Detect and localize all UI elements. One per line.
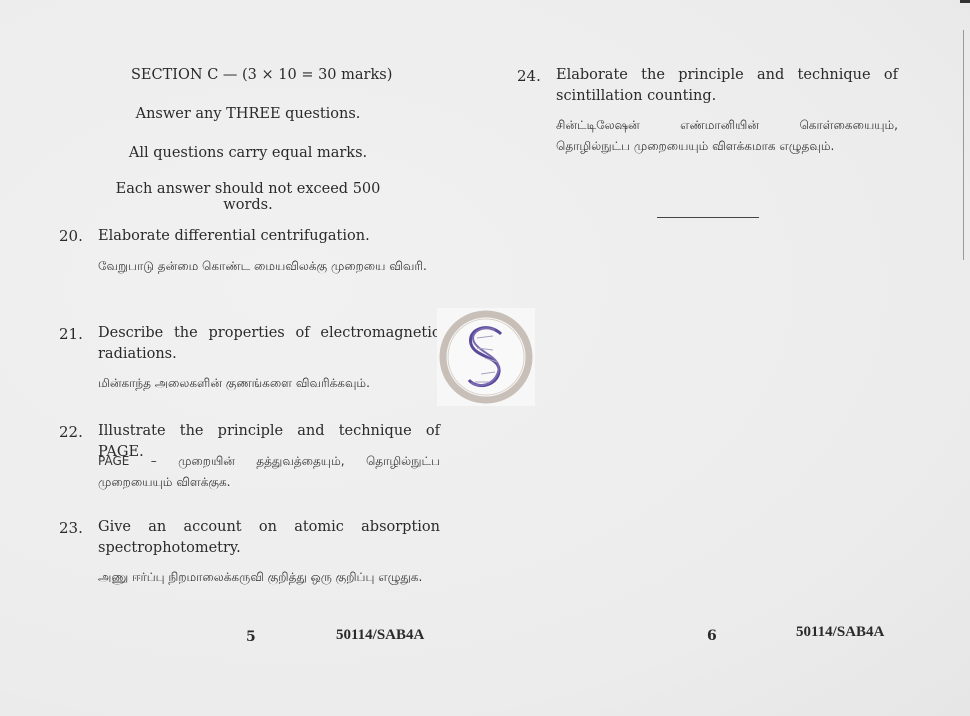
- question-text-english: Elaborate differential centrifugation.: [98, 226, 440, 247]
- instruction-line: Each answer should not exceed 500 words.: [98, 181, 398, 213]
- paper-code: 50114/SAB4A: [796, 624, 884, 641]
- instruction-line: All questions carry equal marks.: [98, 145, 398, 161]
- section-heading: SECTION C — (3 × 10 = 30 marks): [131, 67, 392, 83]
- instruction-line: Answer any THREE questions.: [98, 106, 398, 122]
- question-number: 20.: [59, 227, 83, 245]
- question-number: 24.: [517, 67, 541, 85]
- exam-paper-scan: SECTION C — (3 × 10 = 30 marks) Answer a…: [0, 0, 970, 716]
- dna-helix-s-logo-icon: [437, 308, 535, 406]
- question-text-english: Give an account on atomic absorption spe…: [98, 517, 440, 559]
- question-number: 21.: [59, 325, 83, 343]
- question-text-tamil: வேறுபாடு தன்மை கொண்ட மையவிலக்கு முறையை வ…: [98, 256, 440, 277]
- paper-code: 50114/SAB4A: [336, 627, 424, 644]
- question-text-english: Describe the properties of electromagnet…: [98, 323, 440, 365]
- page-edge-line: [963, 30, 964, 260]
- page-number: 5: [246, 629, 256, 645]
- question-text-tamil: PAGE – முறையின் தத்துவத்தையும், தொழில்நு…: [98, 451, 440, 493]
- page-number: 6: [707, 628, 717, 644]
- question-text-english: Elaborate the principle and technique of…: [556, 65, 898, 107]
- question-text-tamil: மின்காந்த அலைகளின் குணங்களை விவரிக்கவும்…: [98, 373, 440, 394]
- question-number: 23.: [59, 519, 83, 537]
- question-text-tamil: சின்ட்டிலேஷன் எண்மானியின் கொள்கையையும், …: [556, 115, 898, 157]
- page-edge-mark: [960, 0, 970, 3]
- question-text-tamil: அணு ஈர்ப்பு நிறமாலைக்கருவி குறித்து ஒரு …: [98, 567, 440, 588]
- question-number: 22.: [59, 423, 83, 441]
- end-divider: [657, 217, 759, 218]
